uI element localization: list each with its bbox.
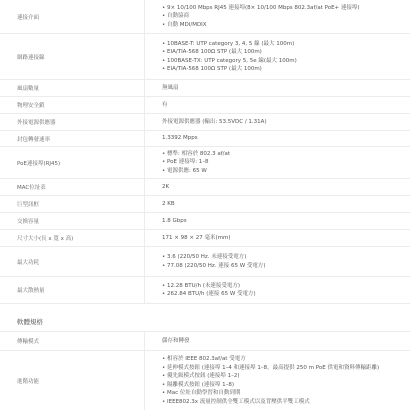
spec-value: 171 × 98 × 27 毫米(mm) bbox=[145, 230, 410, 246]
spec-value-line: 有 bbox=[162, 101, 410, 110]
spec-value-line: 1.8 Gbps bbox=[162, 217, 410, 226]
spec-row: 進階功能• 相容於 IEEE 802.3af/at 受電方• 延伸模式按鈕 (連… bbox=[0, 351, 410, 410]
spec-value-line: • 自動 MDI/MDIX bbox=[162, 21, 410, 30]
spec-value-line: • 隔離模式按鈕 (連接埠 1–8) bbox=[162, 381, 410, 390]
hardware-spec-table: 連接介面• 9× 10/100 Mbps RJ45 連接埠(8× 10/100 … bbox=[0, 0, 410, 304]
spec-label: 封包轉發速率 bbox=[0, 131, 145, 146]
spec-value: 外接電源供應器 (輸出: 53.5VDC / 1.31A) bbox=[145, 114, 410, 130]
spec-label: 網路連接線 bbox=[0, 34, 145, 79]
spec-row: 尺寸大小(長 x 寬 x 高)171 × 98 × 27 毫米(mm) bbox=[0, 230, 410, 247]
spec-label: 最大散熱量 bbox=[0, 277, 145, 303]
spec-label: 連接介面 bbox=[0, 0, 145, 33]
spec-value-line: • 3.6 (220/50 Hz. 未連接受電方) bbox=[162, 253, 410, 262]
software-spec-table: 傳輸模式儲存和轉發進階功能• 相容於 IEEE 802.3af/at 受電方• … bbox=[0, 332, 410, 410]
spec-value-line: • 10BASE-T: UTP category 3, 4, 5 線 (最大 1… bbox=[162, 40, 410, 49]
spec-row: 物理安全鎖有 bbox=[0, 97, 410, 114]
spec-value: • 10BASE-T: UTP category 3, 4, 5 線 (最大 1… bbox=[145, 34, 410, 79]
spec-label: 交換容量 bbox=[0, 213, 145, 229]
spec-value: 1.3392 Mpps bbox=[145, 131, 410, 146]
spec-value-line: 無風扇 bbox=[162, 84, 410, 93]
spec-label: 進階功能 bbox=[0, 351, 145, 410]
spec-value-line: • 77.08 (220/50 Hz. 連接 65 W 受電方) bbox=[162, 262, 410, 271]
spec-value-line: • 262.84 BTU/h (連接 65 W 受電方) bbox=[162, 290, 410, 299]
spec-label: 巨型訊框 bbox=[0, 196, 145, 212]
spec-row: MAC位址表2K bbox=[0, 179, 410, 196]
spec-value-line: • EIA/TIA-568 100Ω STP (最大 100m) bbox=[162, 48, 410, 57]
spec-value-line: 171 × 98 × 27 毫米(mm) bbox=[162, 234, 410, 243]
spec-row: 外接電源供應器外接電源供應器 (輸出: 53.5VDC / 1.31A) bbox=[0, 114, 410, 131]
spec-value: 1.8 Gbps bbox=[145, 213, 410, 229]
spec-row: 封包轉發速率1.3392 Mpps bbox=[0, 131, 410, 147]
spec-row: PoE連接埠(RJ45)• 標準: 相容於 802.3 af/at• PoE 連… bbox=[0, 147, 410, 179]
spec-value: 有 bbox=[145, 97, 410, 113]
spec-label: 最大功耗 bbox=[0, 247, 145, 276]
spec-value-line: • 電源供應: 65 W bbox=[162, 167, 410, 176]
spec-label: MAC位址表 bbox=[0, 179, 145, 195]
spec-value: • 相容於 IEEE 802.3af/at 受電方• 延伸模式按鈕 (連接埠 1… bbox=[145, 351, 410, 410]
spec-row: 風扇數量無風扇 bbox=[0, 80, 410, 97]
spec-value: 儲存和轉發 bbox=[145, 332, 410, 350]
spec-value-line: • 100BASE-TX: UTP category 5, 5e 線(最大 10… bbox=[162, 57, 410, 66]
spec-value-line: • 9× 10/100 Mbps RJ45 連接埠(8× 10/100 Mbps… bbox=[162, 4, 410, 13]
spec-row: 最大散熱量• 12.28 BTU/h (未連接受電方)• 262.84 BTU/… bbox=[0, 277, 410, 304]
spec-label: 物理安全鎖 bbox=[0, 97, 145, 113]
spec-row: 傳輸模式儲存和轉發 bbox=[0, 332, 410, 351]
spec-value: • 3.6 (220/50 Hz. 未連接受電方)• 77.08 (220/50… bbox=[145, 247, 410, 276]
spec-value-line: • PoE 連接埠: 1–8 bbox=[162, 158, 410, 167]
spec-value-line: • 自動協商 bbox=[162, 12, 410, 21]
spec-value: • 標準: 相容於 802.3 af/at• PoE 連接埠: 1–8• 電源供… bbox=[145, 147, 410, 178]
spec-value-line: • 相容於 IEEE 802.3af/at 受電方 bbox=[162, 355, 410, 364]
spec-value-line: 外接電源供應器 (輸出: 53.5VDC / 1.31A) bbox=[162, 118, 410, 127]
spec-value: • 9× 10/100 Mbps RJ45 連接埠(8× 10/100 Mbps… bbox=[145, 0, 410, 33]
spec-value-line: 2 KB bbox=[162, 200, 410, 209]
spec-label: 風扇數量 bbox=[0, 80, 145, 96]
spec-label: 外接電源供應器 bbox=[0, 114, 145, 130]
spec-value-line: • 標準: 相容於 802.3 af/at bbox=[162, 150, 410, 159]
spec-value-line: • 延伸模式按鈕 (連接埠 1–4 和連接埠 1–8，最高提供 250 m Po… bbox=[162, 364, 410, 373]
spec-row: 交換容量1.8 Gbps bbox=[0, 213, 410, 230]
software-spec-heading: 軟體規格 bbox=[0, 304, 410, 332]
spec-value-line: • 12.28 BTU/h (未連接受電方) bbox=[162, 282, 410, 291]
spec-row: 最大功耗• 3.6 (220/50 Hz. 未連接受電方)• 77.08 (22… bbox=[0, 247, 410, 277]
spec-row: 網路連接線• 10BASE-T: UTP category 3, 4, 5 線 … bbox=[0, 34, 410, 80]
spec-value-line: • Mac 位址自動學習和自動到期 bbox=[162, 389, 410, 398]
spec-value-line: 2K bbox=[162, 183, 410, 192]
spec-row: 巨型訊框2 KB bbox=[0, 196, 410, 213]
spec-label: PoE連接埠(RJ45) bbox=[0, 147, 145, 178]
spec-value-line: • IEEE802.3x 流量控制供全雙工模式以及背壓供半雙工模式 bbox=[162, 398, 410, 407]
spec-value: 無風扇 bbox=[145, 80, 410, 96]
spec-value: • 12.28 BTU/h (未連接受電方)• 262.84 BTU/h (連接… bbox=[145, 277, 410, 303]
spec-value: 2 KB bbox=[145, 196, 410, 212]
spec-value-line: • EIA/TIA-568 100Ω STP (最大 100m) bbox=[162, 65, 410, 74]
spec-value-line: • 優先級模式按鈕 (連接埠 1–2) bbox=[162, 372, 410, 381]
spec-value: 2K bbox=[145, 179, 410, 195]
spec-value-line: 儲存和轉發 bbox=[162, 337, 410, 346]
spec-row: 連接介面• 9× 10/100 Mbps RJ45 連接埠(8× 10/100 … bbox=[0, 0, 410, 34]
spec-value-line: 1.3392 Mpps bbox=[162, 134, 410, 143]
spec-label: 尺寸大小(長 x 寬 x 高) bbox=[0, 230, 145, 246]
spec-label: 傳輸模式 bbox=[0, 332, 145, 350]
